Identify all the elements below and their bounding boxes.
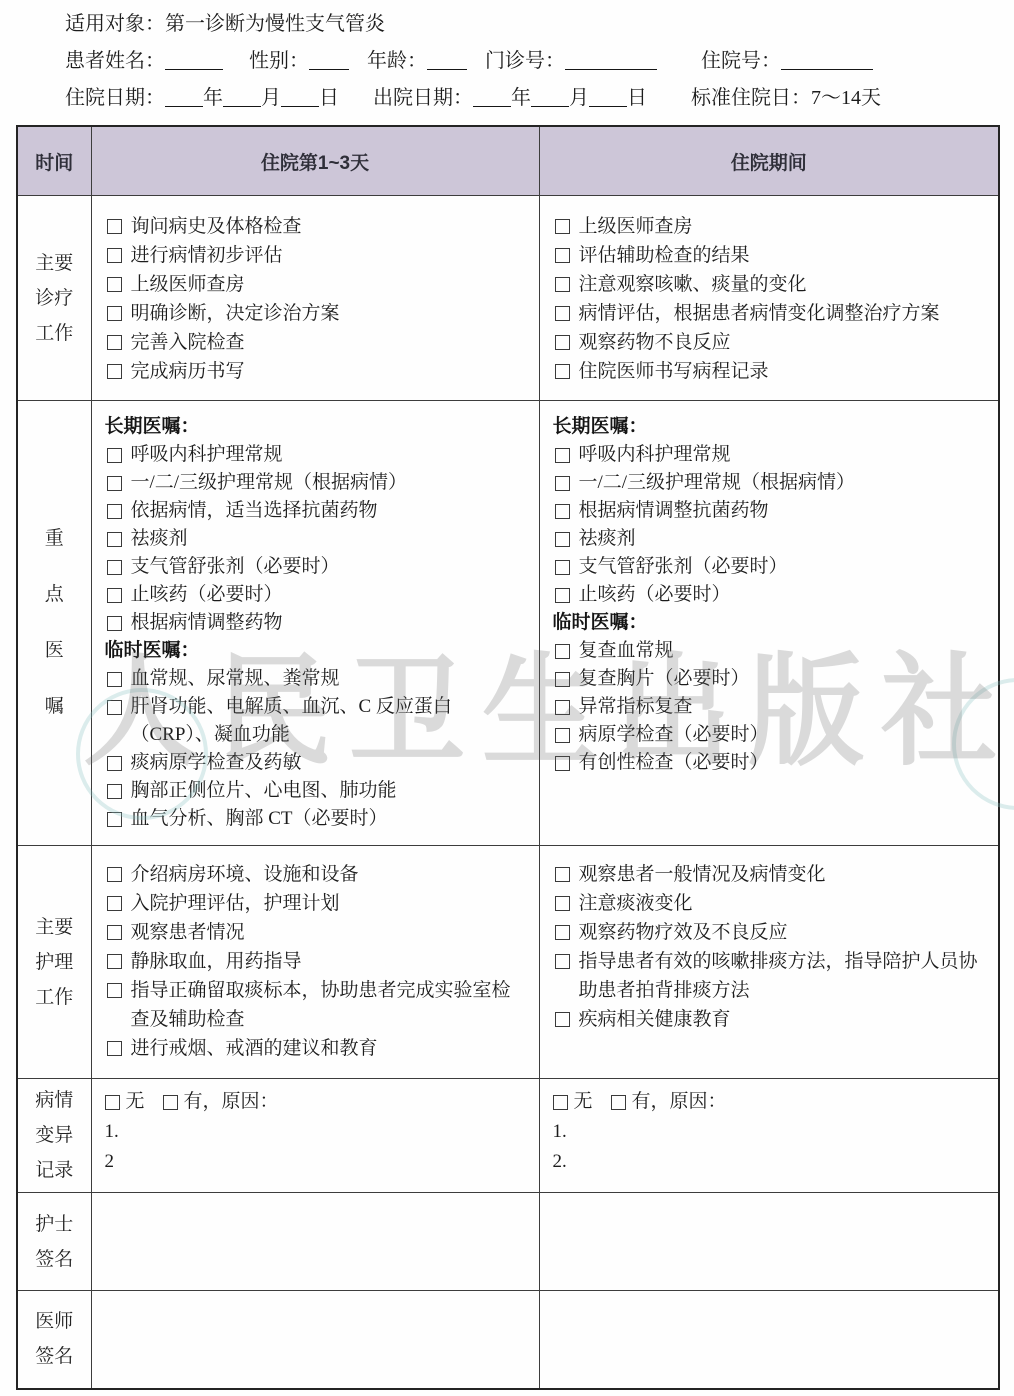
variation-day1-3-cell: 无有，原因： 1. 2: [91, 1079, 539, 1193]
treatment-period-cell: 上级医师查房 评估辅助检查的结果 注意观察咳嗽、痰量的变化 病情评估，根据患者病…: [539, 196, 999, 401]
checkbox-icon[interactable]: [555, 219, 570, 234]
nurse-signature-period-cell: [539, 1193, 999, 1291]
row-label-key-orders: 重 点 医 嘱: [17, 401, 91, 846]
checklist-item: 异常指标复查: [553, 693, 989, 721]
checklist-item: 明确诊断，决定诊治方案: [105, 299, 529, 328]
checklist-item: 观察患者一般情况及病情变化: [553, 860, 989, 889]
outpatient-number-blank: [565, 55, 657, 70]
checklist-item: 肝肾功能、电解质、血沉、C 反应蛋白（CRP）、凝血功能: [105, 693, 529, 749]
checkbox-icon[interactable]: [555, 954, 570, 969]
treatment-day1-3-cell: 询问病史及体格检查 进行病情初步评估 上级医师查房 明确诊断，决定诊治方案 完善…: [91, 196, 539, 401]
checklist-item: 住院医师书写病程记录: [553, 357, 989, 386]
checklist-item: 上级医师查房: [553, 212, 989, 241]
checkbox-icon[interactable]: [107, 983, 122, 998]
clinical-pathway-document: 适用对象：第一诊断为慢性支气管炎 患者姓名：性别：年龄：门诊号：住院号： 住院日…: [0, 0, 1014, 1396]
variation-reason-line: 1.: [105, 1117, 529, 1147]
checklist-item: 观察患者情况: [105, 918, 529, 947]
row-label-main-nursing: 主要 护理 工作: [17, 846, 91, 1079]
checkbox-icon[interactable]: [555, 644, 570, 659]
checklist-item: 祛痰剂: [105, 525, 529, 553]
checklist-item: 根据病情调整药物: [105, 609, 529, 637]
variation-reason-line: 1.: [553, 1117, 989, 1147]
row-main-nursing: 主要 护理 工作 介绍病房环境、设施和设备 入院护理评估，护理计划 观察患者情况…: [17, 846, 999, 1079]
checklist-item: 上级医师查房: [105, 270, 529, 299]
applicable-subject-line: 适用对象：第一诊断为慢性支气管炎: [65, 6, 881, 43]
checklist-item: 支气管舒张剂（必要时）: [105, 553, 529, 581]
variation-yes-label: 有，原因：: [184, 1087, 279, 1117]
variation-no-label: 无: [126, 1087, 145, 1117]
order-group-header: 长期医嘱：: [553, 413, 989, 441]
order-group-header: 临时医嘱：: [553, 609, 989, 637]
checkbox-icon[interactable]: [555, 532, 570, 547]
checkbox-icon[interactable]: [555, 728, 570, 743]
checkbox-icon[interactable]: [555, 700, 570, 715]
discharge-year-blank: [473, 92, 511, 107]
row-label-variation-record: 病情 变异 记录: [17, 1079, 91, 1193]
row-doctor-signature: 医师 签名: [17, 1291, 999, 1389]
checkbox-icon[interactable]: [555, 504, 570, 519]
pathway-table-wrapper: 时间 住院第1~3天 住院期间 主要 诊疗 工作 询问病史及体格检查 进行病情初…: [16, 125, 998, 1390]
discharge-month-label: 月: [569, 87, 589, 109]
patient-info-line: 患者姓名：性别：年龄：门诊号：住院号：: [65, 43, 881, 80]
checkbox-icon[interactable]: [107, 896, 122, 911]
checklist-item: 指导患者有效的咳嗽排痰方法，指导陪护人员协助患者拍背排痰方法: [553, 947, 989, 1005]
checklist-item: 静脉取血，用药指导: [105, 947, 529, 976]
checklist-item: 胸部正侧位片、心电图、肺功能: [105, 777, 529, 805]
variation-options: 无有，原因：: [553, 1087, 989, 1117]
checklist-item: 进行戒烟、戒酒的建议和教育: [105, 1034, 529, 1063]
doctor-signature-day1-3-cell: [91, 1291, 539, 1389]
checkbox-icon[interactable]: [107, 700, 122, 715]
inpatient-number-blank: [781, 55, 873, 70]
checkbox-icon[interactable]: [107, 335, 122, 350]
checkbox-icon[interactable]: [555, 448, 570, 463]
checkbox-icon[interactable]: [107, 306, 122, 321]
admit-day-blank: [281, 92, 319, 107]
row-key-orders: 重 点 医 嘱 长期医嘱： 呼吸内科护理常规 一/二/三级护理常规（根据病情） …: [17, 401, 999, 846]
age-blank: [427, 55, 467, 70]
checklist-item: 询问病史及体格检查: [105, 212, 529, 241]
document-header: 适用对象：第一诊断为慢性支气管炎 患者姓名：性别：年龄：门诊号：住院号： 住院日…: [65, 6, 881, 117]
gender-label: 性别：: [249, 50, 309, 72]
checkbox-icon[interactable]: [555, 335, 570, 350]
applicable-subject-label: 适用对象：: [65, 13, 165, 35]
checklist-item: 进行病情初步评估: [105, 241, 529, 270]
variation-options: 无有，原因：: [105, 1087, 529, 1117]
checkbox-icon[interactable]: [555, 867, 570, 882]
applicable-subject-value: 第一诊断为慢性支气管炎: [165, 13, 385, 35]
orders-day1-3-cell: 长期医嘱： 呼吸内科护理常规 一/二/三级护理常规（根据病情） 依据病情，适当选…: [91, 401, 539, 846]
checkbox-icon[interactable]: [555, 672, 570, 687]
checklist-item: 血常规、尿常规、粪常规: [105, 665, 529, 693]
checkbox-icon[interactable]: [107, 504, 122, 519]
variation-reason-line: 2: [105, 1147, 529, 1177]
checkbox-icon[interactable]: [555, 277, 570, 292]
checkbox-icon[interactable]: [555, 364, 570, 379]
outpatient-number-label: 门诊号：: [485, 50, 565, 72]
checklist-item: 评估辅助检查的结果: [553, 241, 989, 270]
checklist-item: 血气分析、胸部 CT（必要时）: [105, 805, 529, 833]
checklist-item: 疾病相关健康教育: [553, 1005, 989, 1034]
age-label: 年龄：: [367, 50, 427, 72]
checklist-item: 完成病历书写: [105, 357, 529, 386]
checkbox-icon[interactable]: [555, 306, 570, 321]
checkbox-icon[interactable]: [107, 476, 122, 491]
row-variation-record: 病情 变异 记录 无有，原因： 1. 2 无有，原因： 1. 2.: [17, 1079, 999, 1193]
inpatient-number-label: 住院号：: [701, 50, 781, 72]
checkbox-icon[interactable]: [555, 756, 570, 771]
checkbox-icon[interactable]: [553, 1095, 568, 1110]
checklist-item: 观察药物不良反应: [553, 328, 989, 357]
checklist-item: 支气管舒张剂（必要时）: [553, 553, 989, 581]
checklist-item: 指导正确留取痰标本，协助患者完成实验室检查及辅助检查: [105, 976, 529, 1034]
variation-reason-line: 2.: [553, 1147, 989, 1177]
checklist-item: 观察药物疗效及不良反应: [553, 918, 989, 947]
orders-period-cell: 长期医嘱： 呼吸内科护理常规 一/二/三级护理常规（根据病情） 根据病情调整抗菌…: [539, 401, 999, 846]
checkbox-icon[interactable]: [107, 812, 122, 827]
checkbox-icon[interactable]: [107, 616, 122, 631]
checklist-item: 呼吸内科护理常规: [105, 441, 529, 469]
dates-line: 住院日期：年月日出院日期：年月日标准住院日：7～14天: [65, 80, 881, 117]
checkbox-icon[interactable]: [107, 364, 122, 379]
checklist-item: 依据病情，适当选择抗菌药物: [105, 497, 529, 525]
checkbox-icon[interactable]: [107, 248, 122, 263]
patient-name-blank: [165, 55, 223, 70]
checklist-item: 一/二/三级护理常规（根据病情）: [553, 469, 989, 497]
checkbox-icon[interactable]: [107, 560, 122, 575]
row-label-doctor-signature: 医师 签名: [17, 1291, 91, 1389]
checklist-item: 痰病原学检查及药敏: [105, 749, 529, 777]
checklist-item: 复查胸片（必要时）: [553, 665, 989, 693]
row-nurse-signature: 护士 签名: [17, 1193, 999, 1291]
checkbox-icon[interactable]: [555, 1012, 570, 1027]
checklist-item: 完善入院检查: [105, 328, 529, 357]
checklist-item: 介绍病房环境、设施和设备: [105, 860, 529, 889]
column-header-day1-3: 住院第1~3天: [91, 126, 539, 196]
pathway-table: 时间 住院第1~3天 住院期间 主要 诊疗 工作 询问病史及体格检查 进行病情初…: [16, 125, 1000, 1390]
row-main-treatment: 主要 诊疗 工作 询问病史及体格检查 进行病情初步评估 上级医师查房 明确诊断，…: [17, 196, 999, 401]
checklist-item: 一/二/三级护理常规（根据病情）: [105, 469, 529, 497]
variation-no-label: 无: [574, 1087, 593, 1117]
checklist-item: 根据病情调整抗菌药物: [553, 497, 989, 525]
checklist-item: 病情评估，根据患者病情变化调整治疗方案: [553, 299, 989, 328]
nursing-period-cell: 观察患者一般情况及病情变化 注意痰液变化 观察药物疗效及不良反应 指导患者有效的…: [539, 846, 999, 1079]
discharge-year-label: 年: [511, 87, 531, 109]
variation-yes-label: 有，原因：: [632, 1087, 727, 1117]
admit-year-label: 年: [203, 87, 223, 109]
nurse-signature-day1-3-cell: [91, 1193, 539, 1291]
nursing-day1-3-cell: 介绍病房环境、设施和设备 入院护理评估，护理计划 观察患者情况 静脉取血，用药指…: [91, 846, 539, 1079]
order-group-header: 临时医嘱：: [105, 637, 529, 665]
checkbox-icon[interactable]: [107, 925, 122, 940]
admit-day-label: 日: [319, 87, 339, 109]
discharge-date-label: 出院日期：: [373, 87, 473, 109]
checklist-item: 止咳药（必要时）: [105, 581, 529, 609]
checkbox-icon[interactable]: [611, 1095, 626, 1110]
admit-year-blank: [165, 92, 203, 107]
column-header-period: 住院期间: [539, 126, 999, 196]
checkbox-icon[interactable]: [555, 925, 570, 940]
checklist-item: 病原学检查（必要时）: [553, 721, 989, 749]
checkbox-icon[interactable]: [107, 277, 122, 292]
checkbox-icon[interactable]: [107, 756, 122, 771]
row-label-main-treatment: 主要 诊疗 工作: [17, 196, 91, 401]
doctor-signature-period-cell: [539, 1291, 999, 1389]
admit-month-label: 月: [261, 87, 281, 109]
checkbox-icon[interactable]: [107, 954, 122, 969]
checkbox-icon[interactable]: [107, 219, 122, 234]
checklist-item: 注意观察咳嗽、痰量的变化: [553, 270, 989, 299]
variation-period-cell: 无有，原因： 1. 2.: [539, 1079, 999, 1193]
checkbox-icon[interactable]: [163, 1095, 178, 1110]
checklist-item: 注意痰液变化: [553, 889, 989, 918]
admit-date-label: 住院日期：: [65, 87, 165, 109]
discharge-day-label: 日: [627, 87, 647, 109]
checklist-item: 止咳药（必要时）: [553, 581, 989, 609]
table-header-row: 时间 住院第1~3天 住院期间: [17, 126, 999, 196]
checkbox-icon[interactable]: [107, 867, 122, 882]
checkbox-icon[interactable]: [107, 672, 122, 687]
checkbox-icon[interactable]: [105, 1095, 120, 1110]
row-label-nurse-signature: 护士 签名: [17, 1193, 91, 1291]
checkbox-icon[interactable]: [555, 896, 570, 911]
checkbox-icon[interactable]: [107, 588, 122, 603]
checklist-item: 有创性检查（必要时）: [553, 749, 989, 777]
checklist-item: 入院护理评估，护理计划: [105, 889, 529, 918]
checkbox-icon[interactable]: [107, 1041, 122, 1056]
order-group-header: 长期医嘱：: [105, 413, 529, 441]
gender-blank: [309, 55, 349, 70]
checkbox-icon[interactable]: [107, 784, 122, 799]
checkbox-icon[interactable]: [555, 248, 570, 263]
standard-stay-value: 7～14天: [811, 87, 881, 109]
checkbox-icon[interactable]: [107, 448, 122, 463]
discharge-month-blank: [531, 92, 569, 107]
column-header-time: 时间: [17, 126, 91, 196]
discharge-day-blank: [589, 92, 627, 107]
checkbox-icon[interactable]: [555, 560, 570, 575]
checklist-item: 复查血常规: [553, 637, 989, 665]
patient-name-label: 患者姓名：: [65, 50, 165, 72]
standard-stay-label: 标准住院日：: [691, 87, 811, 109]
admit-month-blank: [223, 92, 261, 107]
checklist-item: 祛痰剂: [553, 525, 989, 553]
checklist-item: 呼吸内科护理常规: [553, 441, 989, 469]
checkbox-icon[interactable]: [555, 588, 570, 603]
checkbox-icon[interactable]: [555, 476, 570, 491]
checkbox-icon[interactable]: [107, 532, 122, 547]
